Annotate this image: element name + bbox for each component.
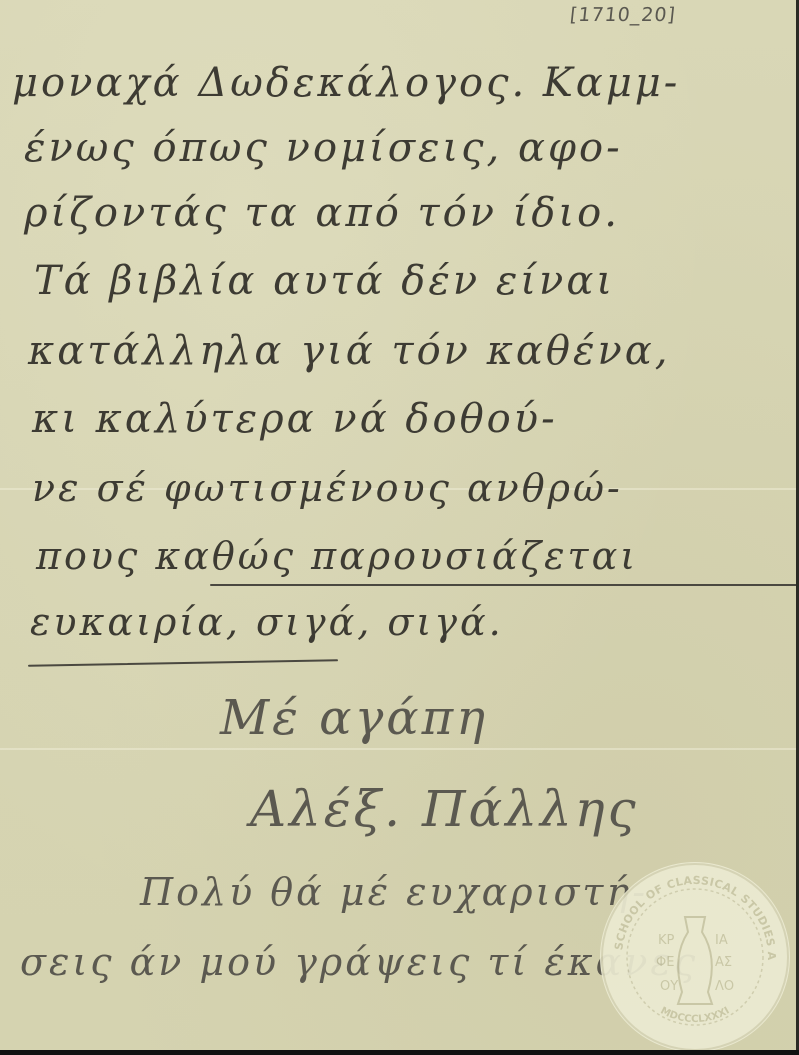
seal-letters: ΟΥ — [660, 979, 678, 994]
postscript-line: σεις άν μού γράψεις τί έκανες — [20, 940, 698, 984]
letter-line: ευκαιρία, σιγά, σιγά. — [30, 600, 504, 644]
letter-line: ένως όπως νομίσεις, αφο- — [24, 125, 623, 171]
letter-line: μοναχά Δωδεκάλογος. Καμμ- — [12, 60, 680, 106]
letter-line: κατάλληλα γιά τόν καθένα, — [28, 328, 671, 374]
seal-letters: ΛΟ — [715, 979, 734, 994]
underline — [210, 584, 797, 586]
letter-page: [1710_20] μοναχά Δωδεκάλογος. Καμμ- ένως… — [0, 0, 797, 1050]
letter-line: ρίζοντάς τα από τόν ίδιο. — [24, 190, 620, 236]
seal-emblem-icon: AMERICAN SCHOOL OF CLASSICAL STUDIES AT … — [600, 862, 790, 1050]
letter-line: κι καλύτερα νά δοθού- — [32, 396, 558, 442]
seal-letters: ΑΣ — [715, 955, 732, 970]
seal-letters: ΚΡ — [658, 933, 675, 948]
letter-closing: Μέ αγάπη — [220, 690, 488, 746]
seal-letters: ΙΑ — [715, 933, 728, 948]
archive-reference: [1710_20] — [569, 4, 677, 26]
letter-line: Τά βιβλία αυτά δέν είναι — [34, 258, 615, 304]
letter-line: νε σέ φωτισμένους ανθρώ- — [32, 466, 623, 510]
paper-fold — [0, 748, 797, 750]
institution-seal: AMERICAN SCHOOL OF CLASSICAL STUDIES AT … — [600, 862, 790, 1050]
postscript-line: Πολύ θά μέ ευχαριστή- — [140, 870, 648, 914]
underline — [28, 659, 338, 666]
signature: Αλέξ. Πάλλης — [250, 780, 639, 838]
seal-letters: ΦΕ — [656, 955, 674, 970]
letter-line: πους καθώς παρουσιάζεται — [36, 534, 638, 578]
scan-edge — [0, 1050, 799, 1055]
